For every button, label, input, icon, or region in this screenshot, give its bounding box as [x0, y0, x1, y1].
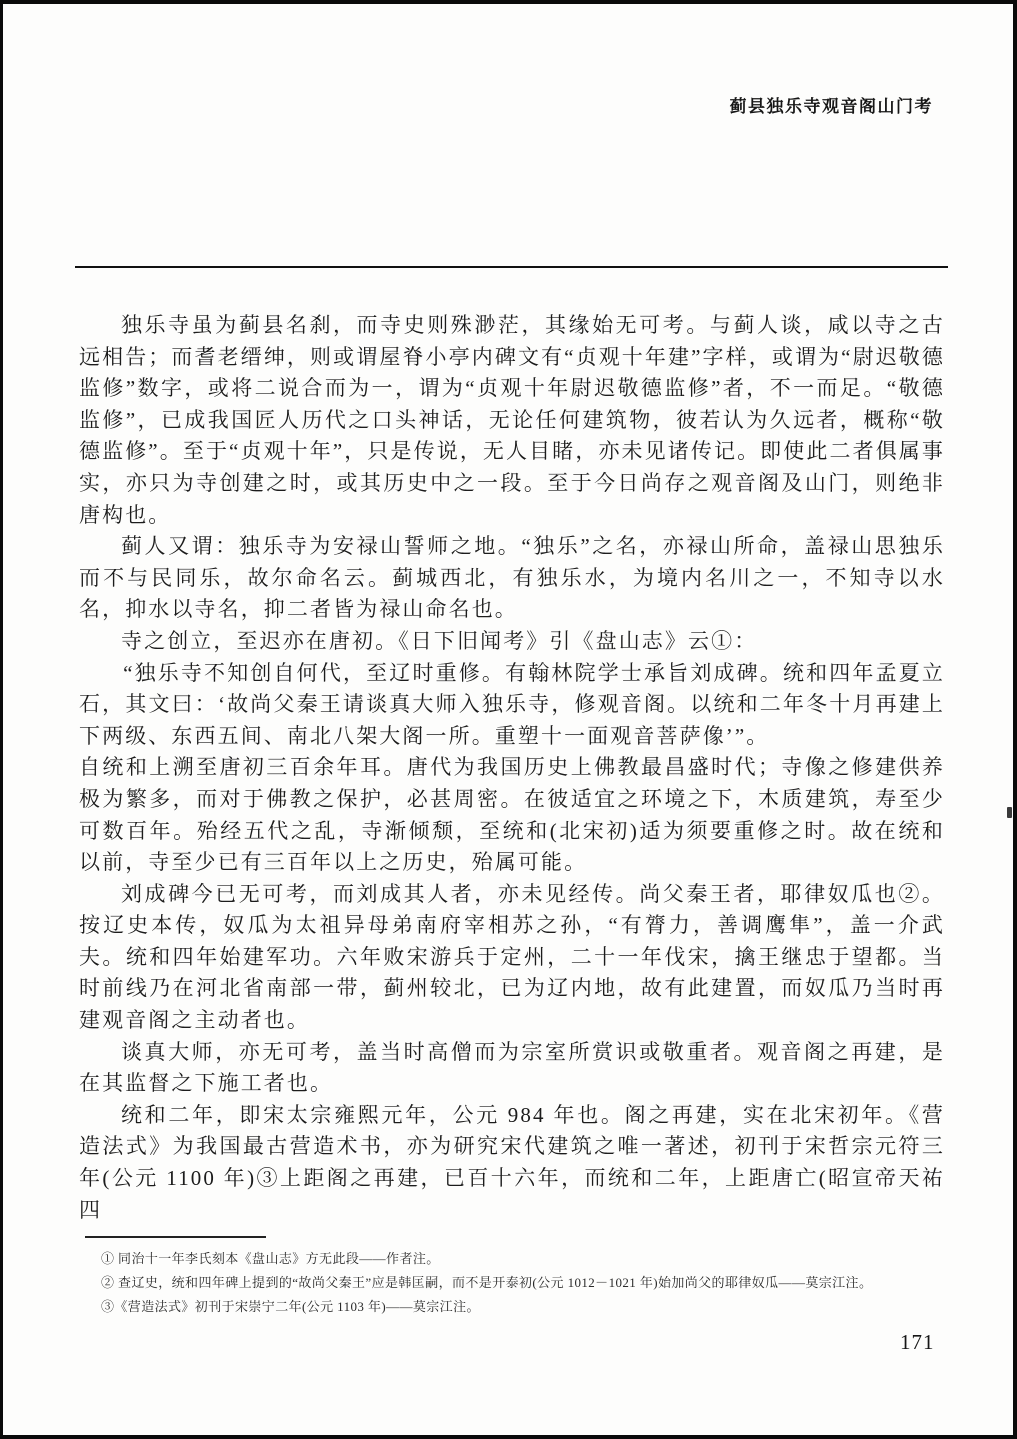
- running-header-title: 蓟县独乐寺观音阁山门考: [730, 92, 934, 117]
- paragraph-liucheng-stele: 刘成碑今已无可考，而刘成其人者，亦未见经传。尚父秦王者，耶律奴瓜也②。按辽史本传…: [79, 879, 945, 1037]
- paragraph-tonghe-dating: 统和二年，即宋太宗雍熙元年，公元 984 年也。阁之再建，实在北宋初年。《营造法…: [79, 1100, 945, 1226]
- page-number: 171: [900, 1330, 935, 1355]
- scanned-document-page: 蓟县独乐寺观音阁山门考 独乐寺虽为蓟县名刹，而寺史则殊渺茫，其缘始无可考。与蓟人…: [0, 0, 1017, 1439]
- paragraph-origin-legends: 独乐寺虽为蓟县名刹，而寺史则殊渺茫，其缘始无可考。与蓟人谈，咸以寺之古远相告；而…: [79, 310, 945, 531]
- paragraph-tang-history: 自统和上溯至唐初三百余年耳。唐代为我国历史上佛教最昌盛时代；寺像之修建供养极为繁…: [79, 752, 945, 878]
- footnote-2: ② 查辽史，统和四年碑上提到的“故尚父秦王”应是韩匡嗣，而不是开泰初(公元 10…: [101, 1271, 951, 1294]
- footnote-divider-rule: [85, 1236, 266, 1238]
- body-text-column: 独乐寺虽为蓟县名刹，而寺史则殊渺茫，其缘始无可考。与蓟人谈，咸以寺之古远相告；而…: [79, 310, 945, 1226]
- paragraph-anlushan-naming: 蓟人又谓：独乐寺为安禄山誓师之地。“独乐”之名，亦禄山所命，盖禄山思独乐而不与民…: [79, 531, 945, 626]
- footnotes-block: ① 同治十一年李氏刻本《盘山志》方无此段——作者注。 ② 查辽史，统和四年碑上提…: [101, 1247, 951, 1319]
- header-divider-rule: [75, 266, 948, 268]
- quote-block-panshanzhi: “独乐寺不知创自何代，至辽时重修。有翰林院学士承旨刘成碑。统和四年孟夏立石，其文…: [79, 658, 945, 753]
- footnote-1: ① 同治十一年李氏刻本《盘山志》方无此段——作者注。: [101, 1247, 951, 1270]
- footnote-3: ③《营造法式》初刊于宋崇宁二年(公元 1103 年)——莫宗江注。: [101, 1295, 951, 1318]
- scan-artifact-tick: [1007, 807, 1012, 818]
- paragraph-founding-date: 寺之创立，至迟亦在唐初。《日下旧闻考》引《盘山志》云①：: [79, 626, 945, 658]
- paragraph-tanzhen-master: 谈真大师，亦无可考，盖当时高僧而为宗室所赏识或敬重者。观音阁之再建，是在其监督之…: [79, 1037, 945, 1100]
